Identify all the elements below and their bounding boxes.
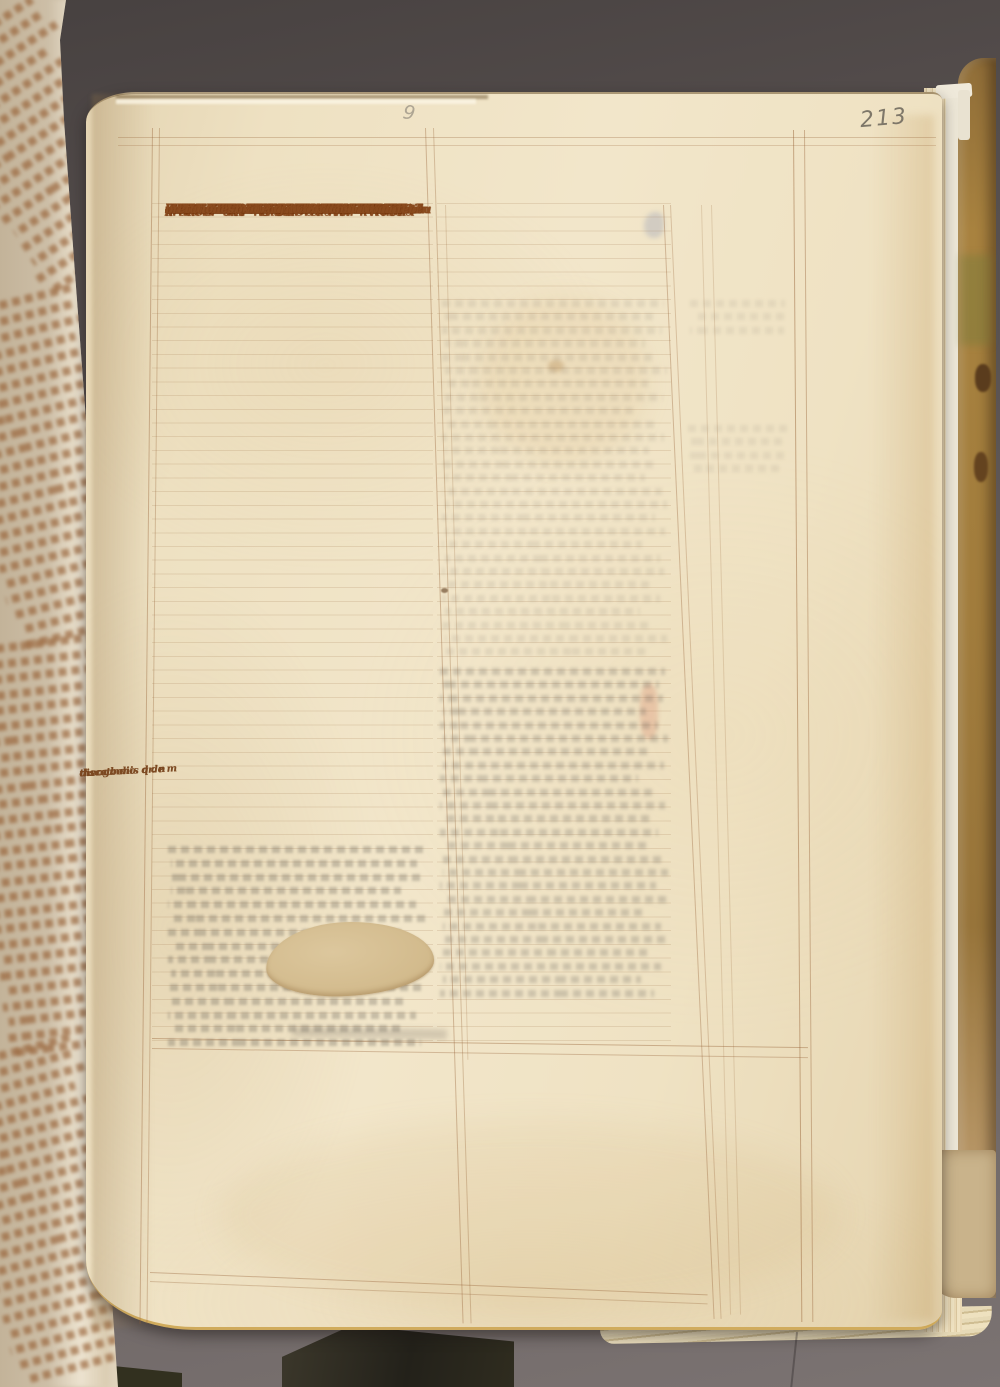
backdrop-crease bbox=[790, 1332, 798, 1387]
manuscript-photograph: ctere i comuie. Eligibile g. 9uie. Vel t… bbox=[0, 0, 1000, 1387]
binding-clasp-mark bbox=[975, 364, 991, 392]
recto-parchment-page bbox=[86, 92, 942, 1330]
marginal-gloss-line: discet. bbox=[79, 765, 114, 782]
fore-edge-lining bbox=[946, 88, 958, 1292]
folio-number: 213 bbox=[859, 104, 909, 133]
facing-text-row bbox=[0, 663, 99, 687]
binding-clasp-mark bbox=[974, 452, 988, 482]
book-cover-edge bbox=[282, 1320, 514, 1387]
vellum-tab bbox=[958, 90, 970, 140]
binding-stain bbox=[960, 255, 990, 345]
binding-leather-edge bbox=[958, 58, 996, 1298]
manuscript-text-line: pretationes. bbox=[165, 203, 237, 218]
